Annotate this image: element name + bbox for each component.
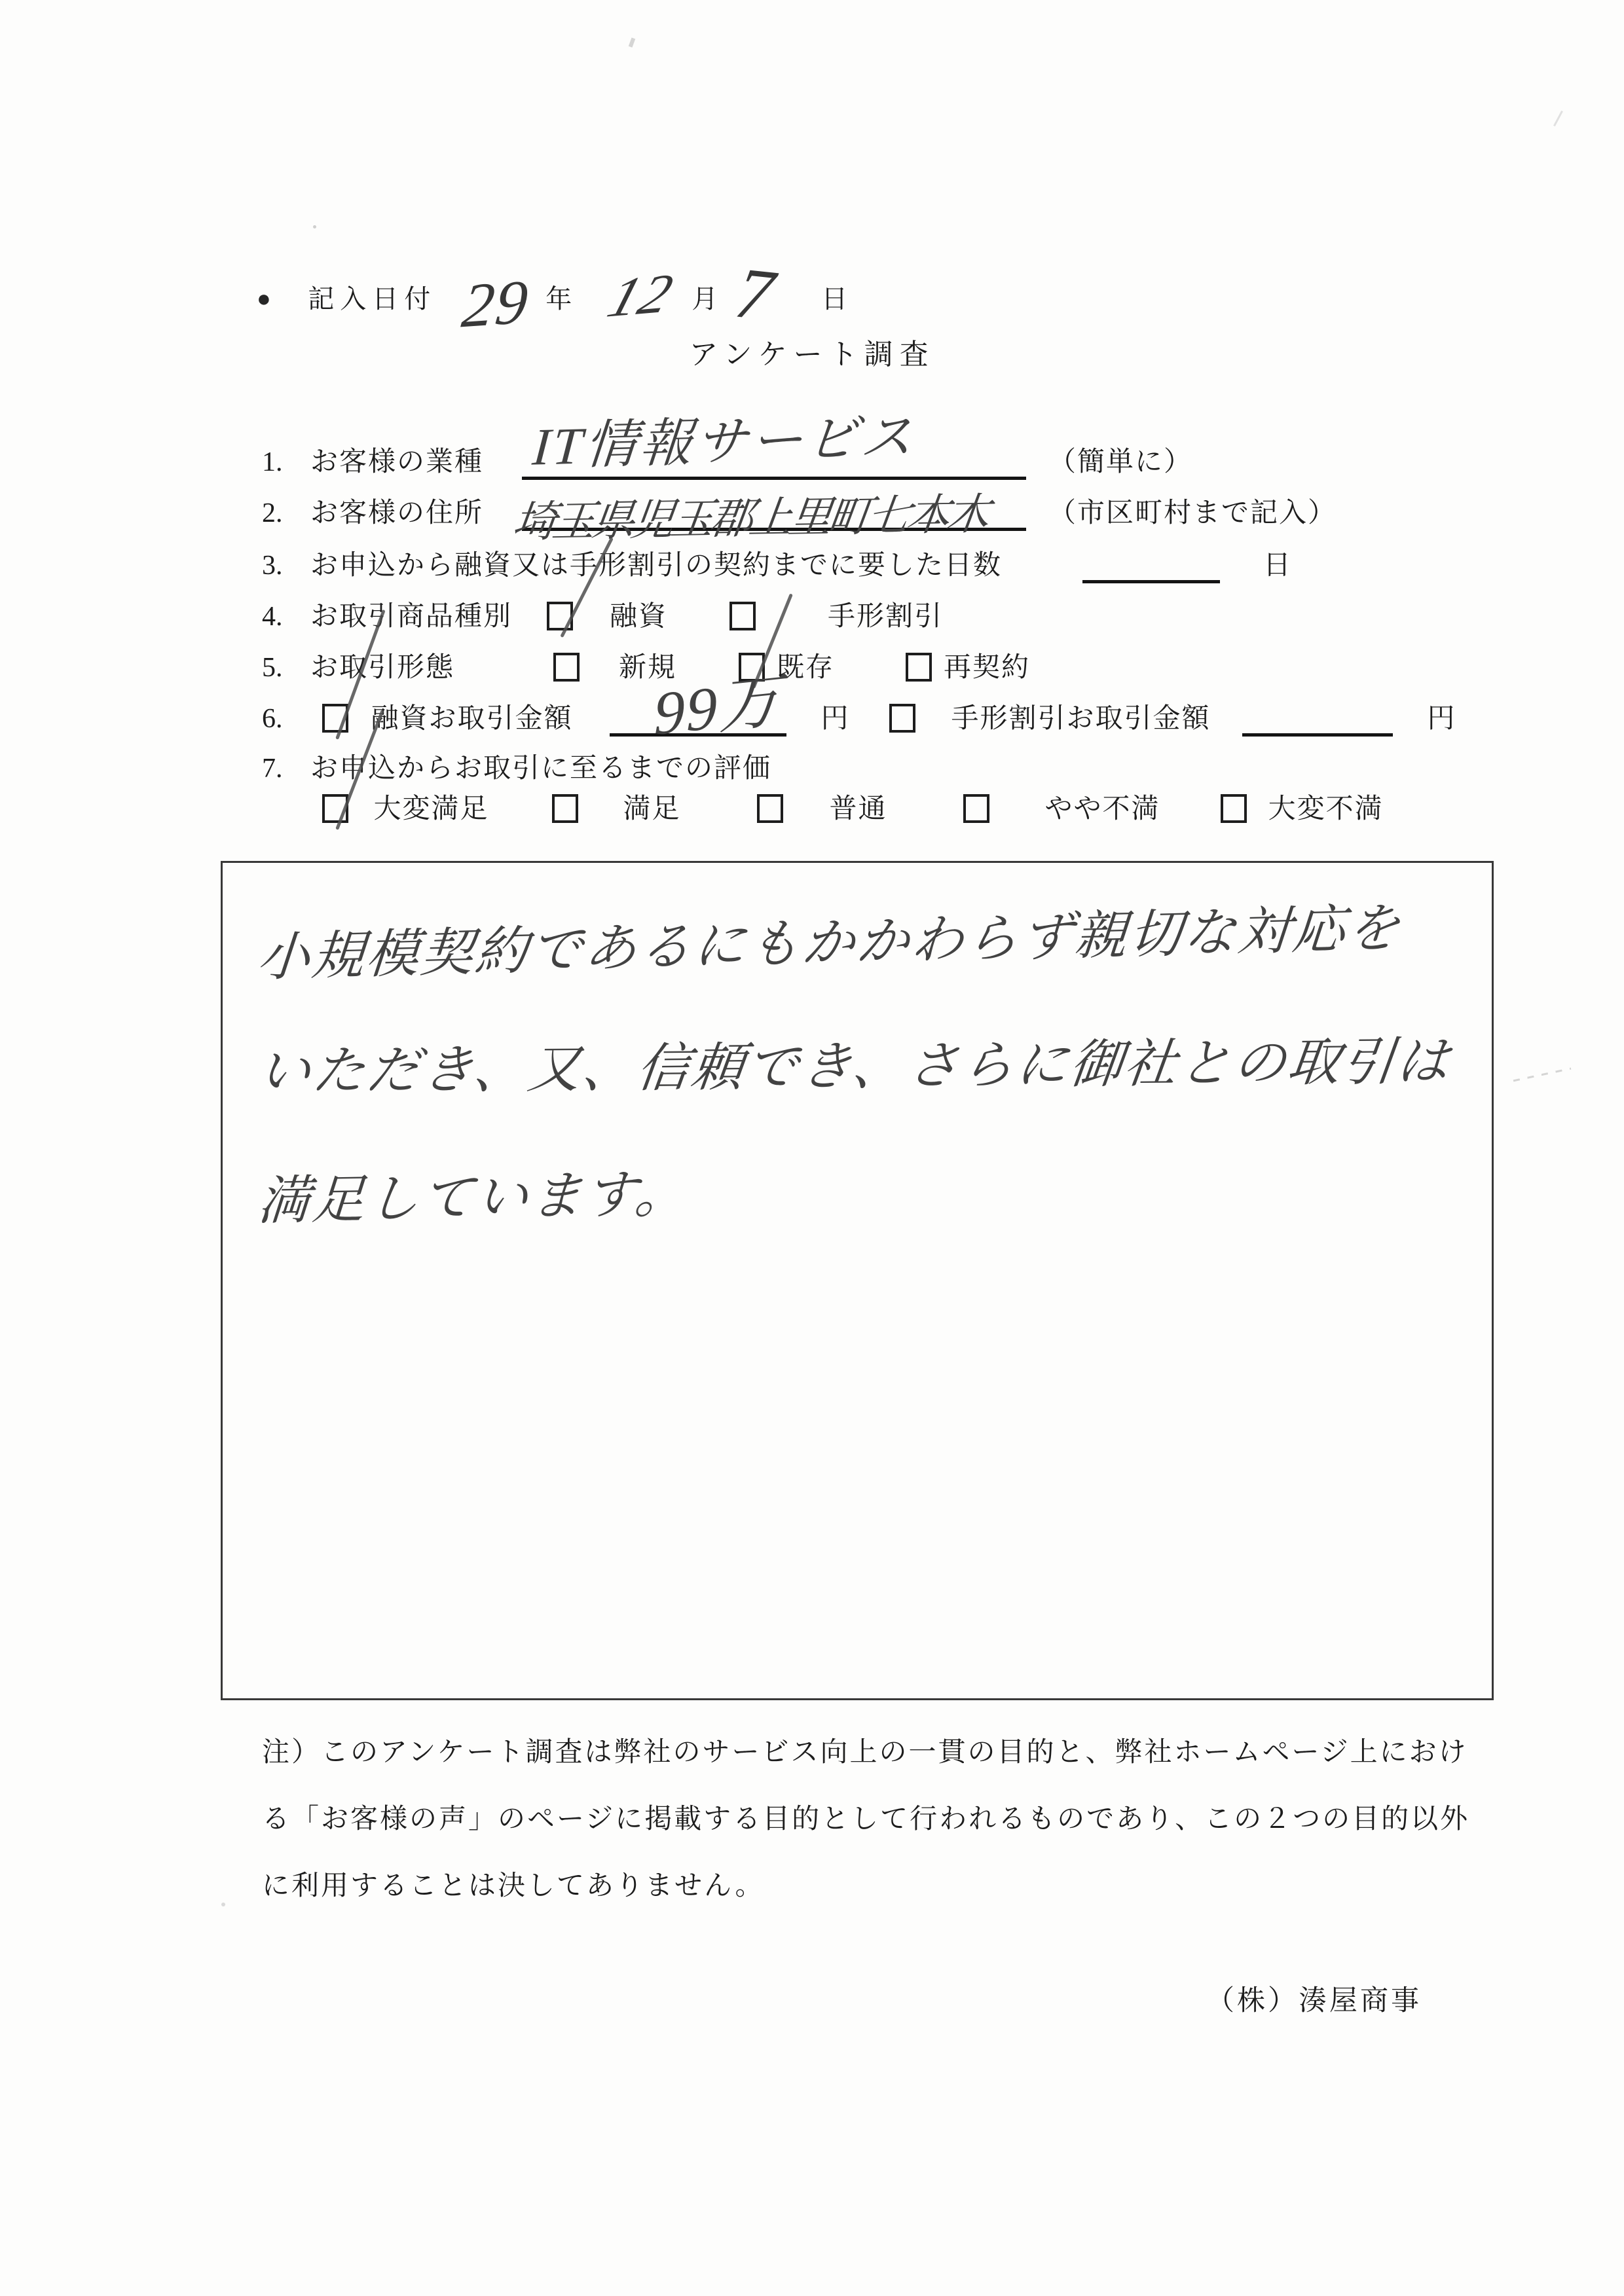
item-7-label: お申込からお取引に至るまでの評価 [310,746,771,786]
checkbox-new[interactable] [553,653,580,682]
comment-line-2: いただき、又、信頼でき、さらに御社との取引は [254,1029,1463,1105]
checkbox-loan-amount[interactable] [322,704,348,733]
date-line: ● 記入日付 29 年 12 月 7 日 [257,253,849,340]
footnote-line-1: 注）このアンケート調査は弊社のサービス向上の一貫の目的と、弊社ホームページ上にお… [262,1739,1469,1766]
item-4-number: 4. [262,601,283,632]
year-unit: 年 [545,278,573,316]
checkbox-neutral[interactable] [757,794,783,823]
item-2-handwriting: 埼玉県児玉郡上里町七本木 [509,479,989,550]
item-6-loan-unit: 円 [821,697,850,736]
item-1-hint: （簡単に） [1048,440,1192,479]
bullet-icon: ● [257,285,272,312]
item-3-days: 3. お申込から融資又は手形割引の契約までに要した日数 日 [262,543,1292,583]
page-title: アンケート調査 [0,331,1624,373]
footnote-line-3: に利用することは決してありません。 [262,1872,1469,1900]
item-6-loan-handwriting: 99万 [654,651,781,752]
item-6-draft-write-line[interactable] [1242,733,1393,737]
rating-2-label: 満足 [623,787,681,826]
month-unit: 月 [692,278,719,316]
scan-artifact [629,37,635,47]
item-3-number: 3. [262,550,283,581]
footnote-line-2: る「お客様の声」のページに掲載する目的として行われるものであり、この２つの目的以… [262,1806,1469,1833]
item-6-amounts: 6. 融資お取引金額 99万 円 手形割引お取引金額 円 [262,697,1456,737]
comment-line-3: 満足しています。 [255,1148,1462,1235]
scan-artifact [1553,111,1563,126]
item-6-loan-write-line[interactable]: 99万 [610,733,786,737]
item-2-address: 2. お客様の住所 埼玉県児玉郡上里町七本木 （市区町村まで記入） [262,491,1337,531]
item-2-label: お客様の住所 [310,491,483,530]
item-7-evaluation: 7. お申込からお取引に至るまでの評価 [262,746,771,786]
rating-3-label: 普通 [830,787,887,826]
checkbox-satisfied[interactable] [552,794,578,823]
comment-line-1: 小規模契約であるにもかかわらず親切な対応を [255,894,1463,991]
item-1-label: お客様の業種 [310,440,483,479]
comment-box[interactable]: 小規模契約であるにもかかわらず親切な対応を いただき、又、信頼でき、さらに御社と… [221,861,1494,1700]
item-3-unit: 日 [1263,543,1292,583]
item-2-number: 2. [262,498,283,529]
rating-4-label: やや不満 [1045,787,1160,826]
item-3-write-line[interactable] [1082,580,1220,583]
item-5-transaction-form: 5. お取引形態 新規 既存 再契約 [262,646,1030,685]
item-6-draft-unit: 円 [1428,697,1456,736]
item-6-number: 6. [262,703,283,735]
item-6-loan-label: 融資お取引金額 [371,697,573,736]
date-label: 記入日付 [308,278,436,316]
item-4-option-1: 融資 [610,594,667,634]
item-1-number: 1. [262,446,283,478]
item-7-number: 7. [262,753,283,784]
item-5-number: 5. [262,652,283,683]
item-6-draft-label: 手形割引お取引金額 [951,697,1211,736]
scan-artifact [1513,1068,1572,1082]
item-2-hint: （市区町村まで記入） [1048,491,1337,530]
checkbox-very-dissatisfied[interactable] [1221,794,1247,823]
checkbox-draft-discount[interactable] [729,602,756,630]
scanned-survey-page: ● 記入日付 29 年 12 月 7 日 アンケート調査 1. お客様の業種 I… [0,0,1624,2296]
item-1-industry: 1. お客様の業種 IT情報サービス （簡単に） [262,440,1192,480]
item-7-rating-row: 大変満足 満足 普通 やや不満 大変不満 [322,787,1384,826]
item-5-option-2: 既存 [777,646,834,685]
item-2-write-line[interactable]: 埼玉県児玉郡上里町七本木 [522,528,1026,531]
item-5-label: お取引形態 [310,646,454,685]
checkbox-recontract[interactable] [906,653,932,682]
date-month-handwriting: 12 [600,260,682,330]
day-unit: 日 [821,278,849,316]
item-5-option-3: 再契約 [944,646,1030,685]
item-3-label: お申込から融資又は手形割引の契約までに要した日数 [310,543,1002,583]
item-4-label: お取引商品種別 [310,594,512,634]
checkbox-draft-amount[interactable] [889,704,915,733]
item-4-product-type: 4. お取引商品種別 融資 手形割引 [262,594,943,634]
scan-artifact [221,1903,225,1906]
date-day-handwriting: 7 [729,251,781,337]
checkbox-loan[interactable] [547,602,573,630]
rating-5-label: 大変不満 [1268,787,1384,826]
item-1-handwriting: IT情報サービス [530,394,919,479]
rating-1-label: 大変満足 [374,787,489,826]
checkbox-very-satisfied[interactable] [322,794,348,823]
company-name: （株）湊屋商事 [1206,1978,1422,2018]
item-4-option-2: 手形割引 [828,594,943,634]
footnote: 注）このアンケート調査は弊社のサービス向上の一貫の目的と、弊社ホームページ上にお… [262,1739,1469,1939]
checkbox-somewhat-dissatisfied[interactable] [963,794,989,823]
scan-artifact [313,225,316,228]
